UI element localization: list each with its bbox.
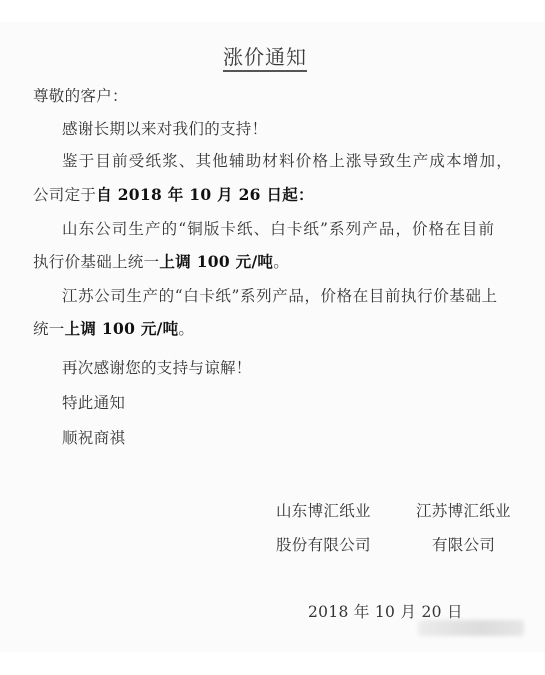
decision-prefix: 公司定于 [33, 186, 96, 204]
document-date: 2018 年 10 月 20 日 [308, 602, 463, 622]
paragraph-shandong-line2: 执行价基础上统一上调 100 元/吨。 [33, 252, 289, 272]
paragraph-thanks-again: 再次感谢您的支持与谅解！ [62, 358, 252, 378]
greeting: 尊敬的客户： [33, 86, 128, 106]
decision-effective-date: 自 2018 年 10 月 26 日起： [96, 185, 314, 204]
document-title: 涨价通知 [0, 44, 530, 70]
jiangsu-line2-prefix: 统一 [33, 320, 65, 338]
watermark-blur [418, 620, 524, 636]
paragraph-jiangsu-line2: 统一上调 100 元/吨。 [33, 319, 194, 339]
signature-shandong-line1: 山东博汇纸业 [276, 501, 371, 521]
paragraph-shandong-line1: 山东公司生产的“铜版卡纸、白卡纸”系列产品，价格在目前 [62, 219, 495, 239]
paragraph-notice: 特此通知 [62, 393, 125, 413]
signature-shandong-line2: 股份有限公司 [276, 535, 371, 555]
paragraph-regards: 顺祝商祺 [62, 428, 125, 448]
signature-jiangsu-line1: 江苏博汇纸业 [416, 501, 511, 521]
paragraph-reason: 鉴于目前受纸浆、其他辅助材料价格上涨导致生产成本增加， [62, 151, 513, 171]
paragraph-thanks: 感谢长期以来对我们的支持！ [62, 119, 267, 139]
signature-jiangsu-line2: 有限公司 [432, 535, 495, 555]
shandong-line2-suffix: 。 [273, 253, 289, 271]
paragraph-decision: 公司定于自 2018 年 10 月 26 日起： [33, 185, 314, 205]
jiangsu-price-increase: 上调 100 元/吨 [65, 319, 179, 338]
jiangsu-line2-suffix: 。 [178, 320, 194, 338]
shandong-price-increase: 上调 100 元/吨 [159, 252, 273, 271]
paragraph-jiangsu-line1: 江苏公司生产的“白卡纸”系列产品，价格在目前执行价基础上 [62, 286, 498, 306]
shandong-line2-prefix: 执行价基础上统一 [33, 253, 159, 271]
document-title-text: 涨价通知 [223, 45, 307, 72]
